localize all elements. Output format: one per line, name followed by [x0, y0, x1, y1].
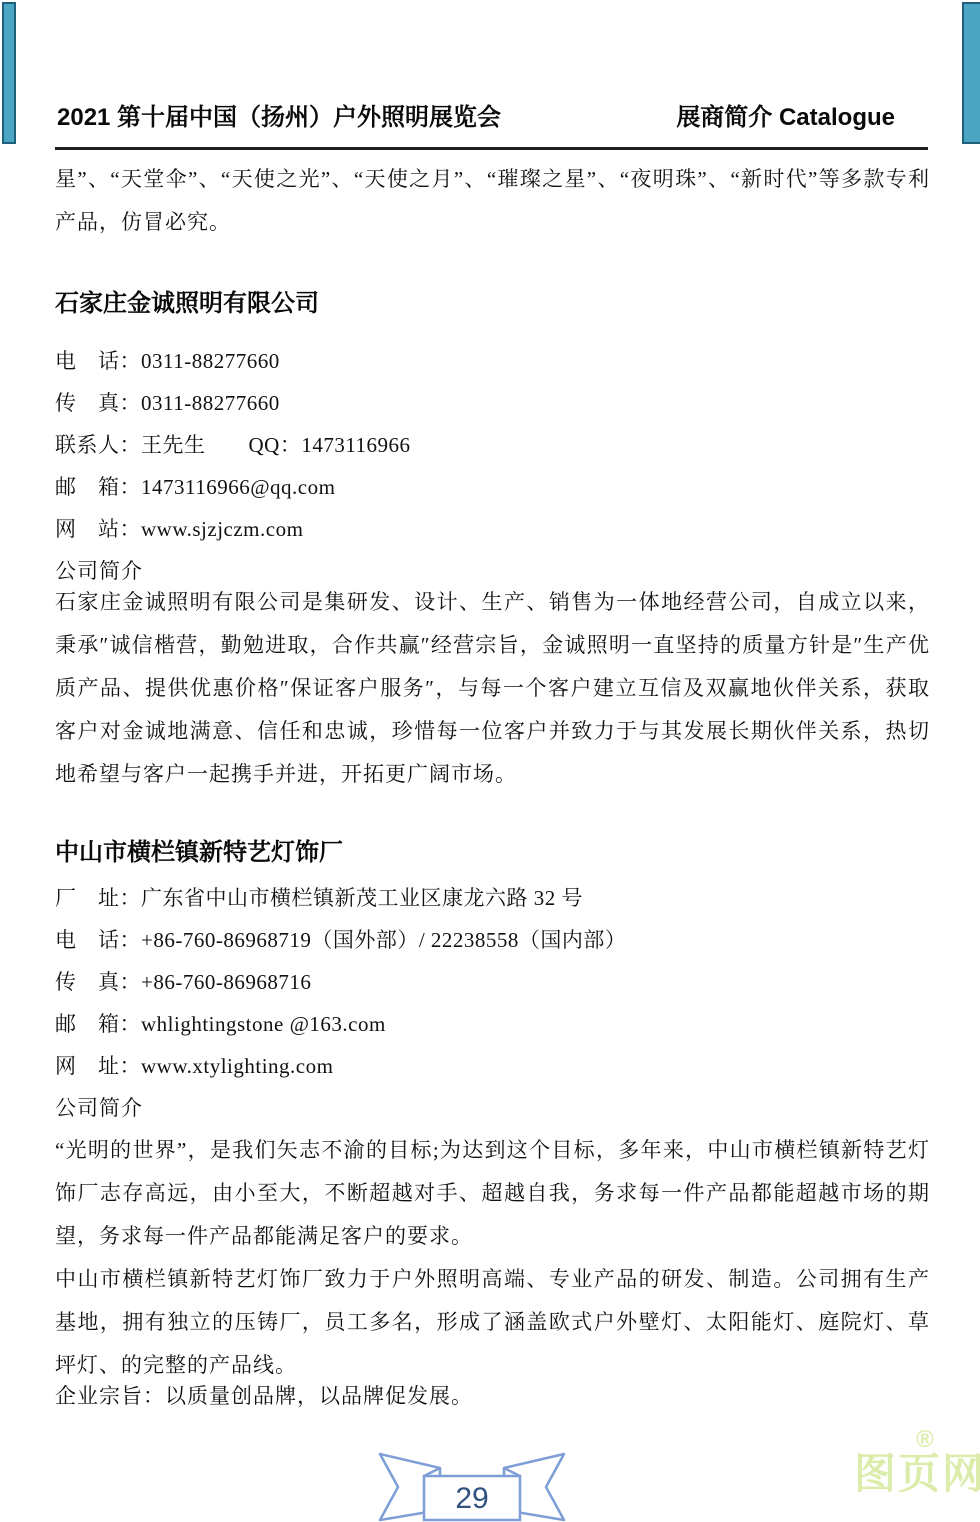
contact-value: 0311-88277660 [141, 391, 280, 415]
page-number: 29 [455, 1482, 488, 1515]
company-2-profile-block-1: “光明的世界”，是我们矢志不渝的目标;为达到这个目标，多年来，中山市横栏镇新特艺… [55, 1129, 930, 1258]
contact-label: 邮 箱： [55, 1012, 141, 1036]
contact-value: 王先生 QQ：1473116966 [141, 433, 411, 457]
ribbon-banner-icon: 29 [372, 1448, 572, 1522]
decor-bar-left-icon [2, 2, 16, 144]
watermark: ® 图页网 [852, 1426, 980, 1522]
continuation-paragraph: 星”、“天堂伞”、“天使之光”、“天使之月”、“璀璨之星”、“夜明珠”、“新时代… [55, 158, 930, 244]
company-1-contact-list: 电 话：0311-88277660 传 真：0311-88277660 联系人：… [55, 340, 930, 550]
contact-value: whlightingstone @163.com [141, 1012, 386, 1036]
contact-value: 广东省中山市横栏镇新茂工业区康龙六路 32 号 [141, 886, 583, 910]
continuation-block: 星”、“天堂伞”、“天使之光”、“天使之月”、“璀璨之星”、“夜明珠”、“新时代… [55, 158, 930, 244]
watermark-text: 图页网 [854, 1452, 980, 1496]
contact-row: 网 址：www.xtylighting.com [55, 1045, 930, 1087]
contact-row: 邮 箱：1473116966@qq.com [55, 466, 930, 508]
header-title: 2021 第十届中国（扬州）户外照明展览会 [57, 97, 501, 132]
company-2-contact-list: 厂 址：广东省中山市横栏镇新茂工业区康龙六路 32 号 电 话：+86-760-… [55, 877, 930, 1087]
profile-paragraph: 中山市横栏镇新特艺灯饰厂致力于户外照明高端、专业产品的研发、制造。公司拥有生产基… [55, 1258, 930, 1387]
contact-label: 联系人： [55, 433, 141, 457]
contact-row: 传 真：0311-88277660 [55, 382, 930, 424]
contact-row: 厂 址：广东省中山市横栏镇新茂工业区康龙六路 32 号 [55, 877, 930, 919]
company-2-motto-block: 企业宗旨：以质量创品牌，以品牌促发展。 [55, 1375, 930, 1418]
company-section-2: 中山市横栏镇新特艺灯饰厂 [55, 837, 930, 869]
company-name: 中山市横栏镇新特艺灯饰厂 [55, 837, 930, 869]
contact-row: 电 话：+86-760-86968719（国外部）/ 22238558（国内部） [55, 919, 930, 961]
page-number-ribbon: 29 [372, 1448, 572, 1522]
contact-label: 邮 箱： [55, 475, 141, 499]
profile-section-label: 公司简介 [55, 1087, 930, 1129]
contact-label: 传 真： [55, 970, 141, 994]
contact-label: 网 站： [55, 517, 141, 541]
contact-row: 邮 箱：whlightingstone @163.com [55, 1003, 930, 1045]
company-1-profile-block: 石家庄金诚照明有限公司是集研发、设计、生产、销售为一体地经营公司，自成立以来，秉… [55, 581, 930, 796]
contact-value: +86-760-86968719（国外部）/ 22238558（国内部） [141, 928, 626, 952]
profile-paragraph: 石家庄金诚照明有限公司是集研发、设计、生产、销售为一体地经营公司，自成立以来，秉… [55, 581, 930, 796]
company-name: 石家庄金诚照明有限公司 [55, 288, 930, 320]
contact-value: 0311-88277660 [141, 349, 280, 373]
company-section-1: 石家庄金诚照明有限公司 [55, 288, 930, 320]
contact-row: 电 话：0311-88277660 [55, 340, 930, 382]
contact-label: 电 话： [55, 349, 141, 373]
profile-paragraph: 企业宗旨：以质量创品牌，以品牌促发展。 [55, 1375, 930, 1418]
profile-paragraph: “光明的世界”，是我们矢志不渝的目标;为达到这个目标，多年来，中山市横栏镇新特艺… [55, 1129, 930, 1258]
contact-value: +86-760-86968716 [141, 970, 311, 994]
contact-label: 网 址： [55, 1054, 141, 1078]
catalogue-page: 2021 第十届中国（扬州）户外照明展览会 展商简介 Catalogue 星”、… [0, 0, 980, 1522]
header-divider [55, 147, 928, 150]
contact-value: www.xtylighting.com [141, 1054, 333, 1078]
contact-value: 1473116966@qq.com [141, 475, 335, 499]
contact-row: 网 站：www.sjzjczm.com [55, 508, 930, 550]
company-2-profile-block-2: 中山市横栏镇新特艺灯饰厂致力于户外照明高端、专业产品的研发、制造。公司拥有生产基… [55, 1258, 930, 1387]
company-2-profile-label-block: 公司简介 [55, 1087, 930, 1129]
contact-label: 厂 址： [55, 886, 141, 910]
contact-row: 联系人：王先生 QQ：1473116966 [55, 424, 930, 466]
header-subtitle: 展商简介 Catalogue [676, 97, 895, 132]
contact-value: www.sjzjczm.com [141, 517, 303, 541]
page-header: 2021 第十届中国（扬州）户外照明展览会 展商简介 Catalogue [57, 97, 895, 132]
decor-bar-right-icon [962, 2, 980, 144]
contact-row: 传 真：+86-760-86968716 [55, 961, 930, 1003]
contact-label: 电 话： [55, 928, 141, 952]
contact-label: 传 真： [55, 391, 141, 415]
